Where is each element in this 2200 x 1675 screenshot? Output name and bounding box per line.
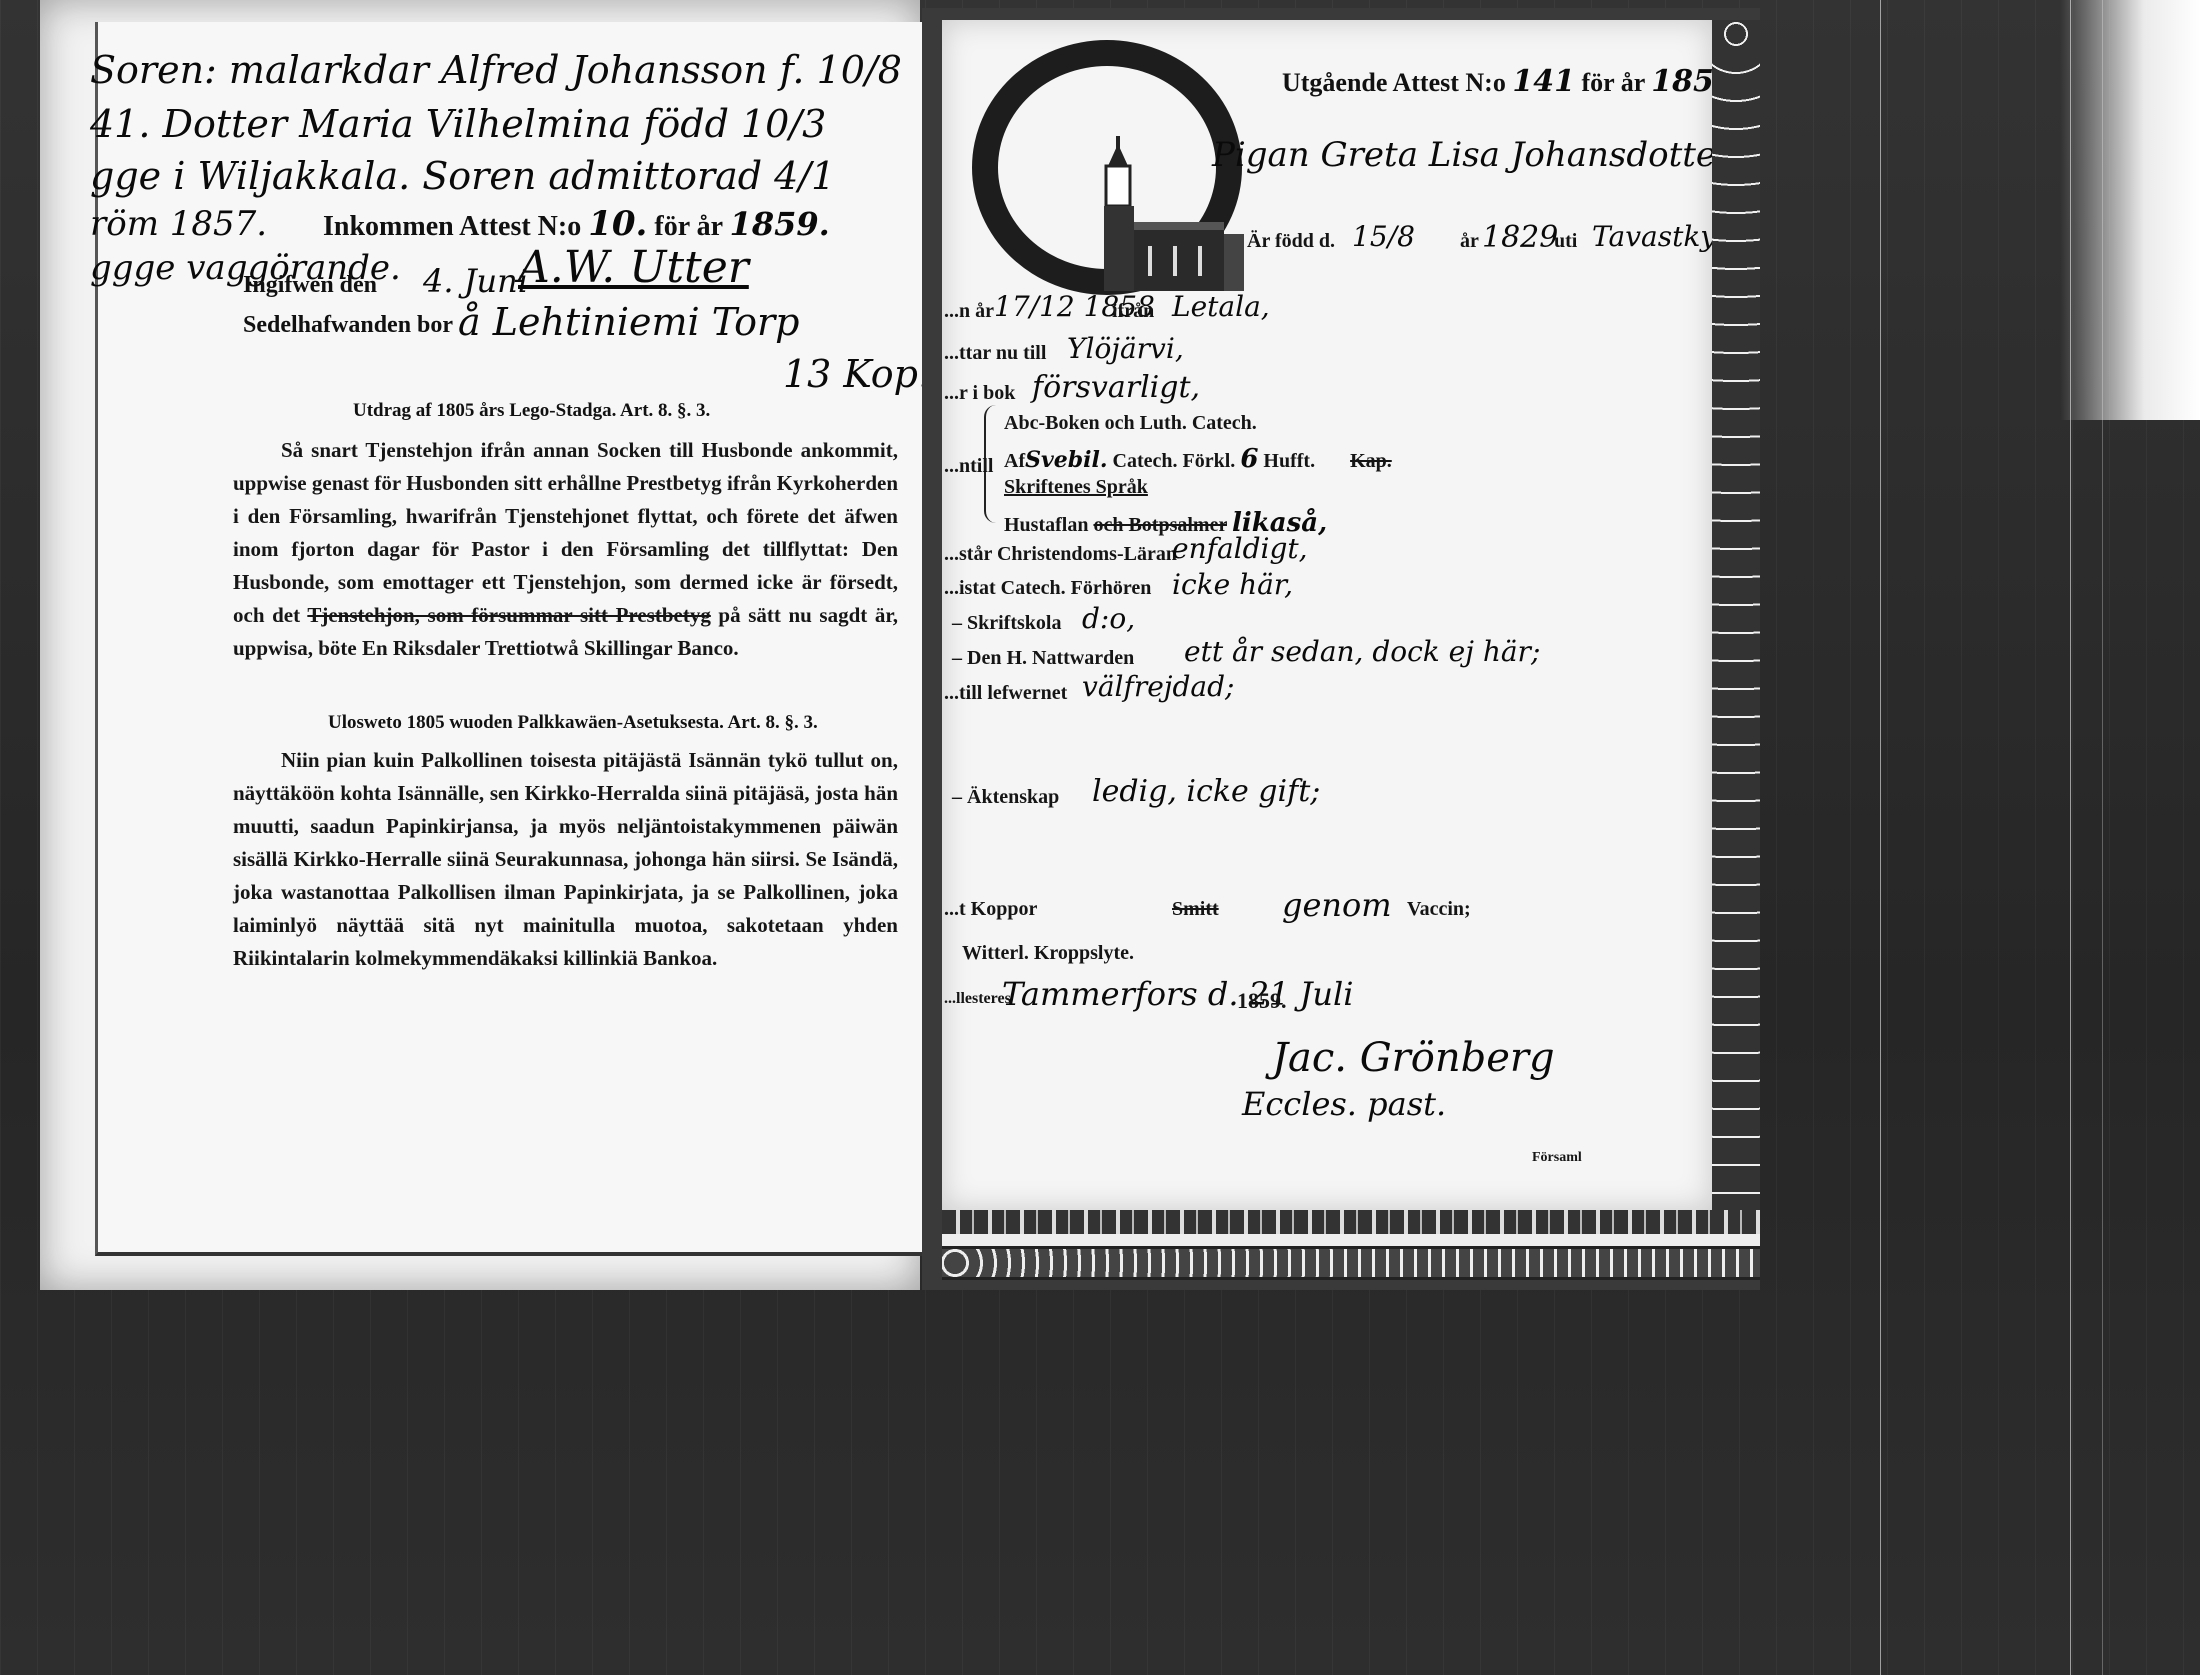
moving-to-label: ...ttar nu till [944,342,1046,365]
film-scratch [1880,0,1881,1675]
form-title: Inkommen Attest N:o 10. för år 1859. [323,204,830,244]
born-year: 1829 [1482,220,1558,255]
christendom-label: ...står Christendoms-Läran [944,543,1177,566]
ingifwen-label: Ingifwen den [243,272,377,299]
attest-number: 10. [588,204,647,244]
moved-from-label: ifrån [1112,300,1154,323]
reading-value: försvarligt, [1032,370,1200,405]
aktenskap-label: – Äktenskap [952,786,1059,809]
skriftskola-label: – Skriftskola [952,612,1061,635]
form-title-text: Utgående Attest N:o [1282,68,1506,97]
witterl-label: Witterl. Kroppslyte. [962,942,1134,965]
sedelhafwanden-value: å Lehtiniemi Torp [458,300,800,344]
bracket-item-abc: Abc-Boken och Luth. Catech. [1004,412,1257,435]
catech-struck: Kap. [1350,450,1392,472]
forsaml-label: Församl [1532,1150,1582,1166]
swedish-paragraph: Så snart Tjenstehjon ifrån annan Socken … [233,434,898,665]
catech-value: 6 [1240,444,1258,474]
christendom-value: enfaldigt, [1172,532,1308,565]
film-glare [2060,0,2200,420]
decorative-border-bottom [942,1210,1760,1280]
forhor-value: icke här, [1172,568,1293,601]
handwritten-note-line: röm 1857. [90,204,267,244]
koppor-struck: Smitt [1172,898,1219,921]
koppor-value: genom [1282,886,1392,924]
diocese-seal [972,40,1242,295]
form-title-text: Inkommen Attest N:o [323,211,581,242]
lefwernet-value: välfrejdad; [1082,670,1234,703]
handwritten-note-line: 41. Dotter Maria Vilhelmina född 10/3 [90,102,826,146]
catech-suffix: Hufft. [1263,450,1315,472]
nattwarden-label: – Den H. Nattwarden [952,647,1134,670]
moved-label: ...n år [944,300,994,323]
attest-number: 141 [1512,64,1575,99]
moved-from: Letala, [1172,290,1270,323]
moving-to: Ylöjärvi, [1067,332,1184,365]
finnish-text: Niin pian kuin Palkollinen toisesta pitä… [233,744,898,975]
for-year-label: för år [1581,68,1644,97]
place-date-year: 1859. [1237,988,1287,1014]
left-page: Soren: malarkdar Alfred Johansson f. 10/… [40,0,920,1290]
born-label: Är född d. [1247,230,1335,253]
handwritten-note-line: Soren: malarkdar Alfred Johansson f. 10/… [90,48,902,92]
pastor-title: Eccles. past. [1242,1085,1446,1123]
decorative-border-right [1712,20,1760,1270]
hustaflan-label: Hustaflan [1004,514,1088,536]
finnish-heading: Ulosweto 1805 wuoden Palkkawäen-Asetukse… [328,712,818,734]
finnish-paragraph: Niin pian kuin Palkollinen toisesta pitä… [233,744,898,975]
prefix: Af [1004,450,1025,472]
swedish-heading: Utdrag af 1805 års Lego-Stadga. Art. 8. … [353,400,710,422]
person-name: Pigan Greta Lisa Johansdotter [1212,135,1732,175]
nattwarden-value: ett år sedan, dock ej här; [1184,635,1540,668]
born-year-label: år [1460,230,1479,253]
catech-label: Catech. Förkl. [1113,450,1236,472]
pastor-signature: Jac. Grönberg [1272,1035,1555,1081]
border-pattern-row [942,1210,1760,1234]
border-pattern-row [942,1246,1760,1280]
koppor-label: ...t Koppor [944,898,1037,921]
lefwernet-label: ...till lefwernet [944,682,1067,705]
form-title: Utgående Attest N:o 141 för år 1859. [1282,64,1745,99]
right-page: DIOECESIS ABOENSIS. MAGNI PRINC. FIN. Ut… [922,8,1760,1290]
place-date-value: Tammerfors d. 21 Juli [1002,975,1353,1013]
born-date: 15/8 [1352,220,1415,253]
sedelhafwanden-label: Sedelhafwanden bor [243,312,453,339]
handwritten-note-line: gge i Wiljakkala. Soren admittorad 4/1 [90,154,835,198]
place-date-label: ...llesteres [944,990,1011,1008]
bracket-item-catech: AfSvebil. Catech. Förkl. 6 Hufft. Kap. [1004,444,1392,474]
swedish-text-struck: Tjenstehjon, som försummar sitt Prestbet… [307,603,711,627]
attest-year: 1859. [730,205,830,243]
bracket-label: ...ntill [944,455,993,478]
skriftskola-value: d:o, [1082,602,1135,635]
hand-prefix: Svebil. [1025,447,1107,473]
born-place-label: uti [1554,230,1577,253]
ingifwen-value: 4. Juni [423,262,528,300]
bracket-item-sprak: Skriftenes Språk [1004,476,1148,499]
reading-label: ...r i bok [944,382,1015,405]
left-form: Soren: malarkdar Alfred Johansson f. 10/… [95,22,943,1256]
forhor-label: ...istat Catech. Förhören [944,577,1151,600]
sedelhafwanden-extra: 13 Kop. [783,352,930,396]
swedish-text: Så snart Tjenstehjon ifrån annan Socken … [233,438,898,627]
signature: A.W. Utter [518,242,749,293]
right-form: DIOECESIS ABOENSIS. MAGNI PRINC. FIN. Ut… [942,20,1712,1210]
aktenskap-value: ledig, icke gift; [1092,774,1320,809]
vaccin-label: Vaccin; [1407,898,1471,921]
for-year-label: för år [654,211,722,242]
